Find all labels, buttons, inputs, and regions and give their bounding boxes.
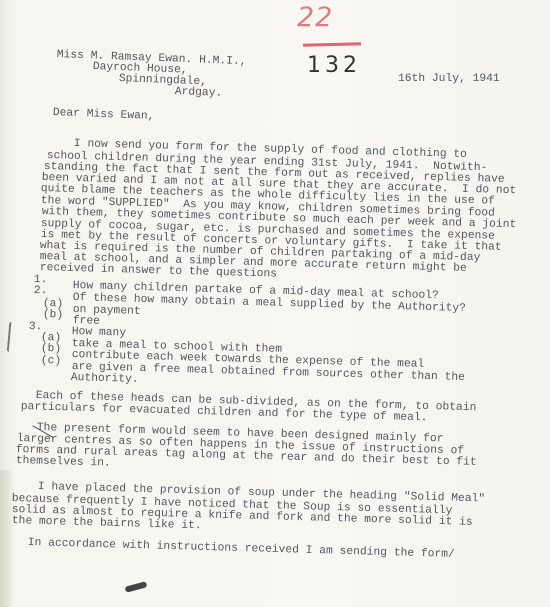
folio-divider-line: [303, 42, 361, 47]
folio-number-top: 22: [297, 2, 333, 33]
ink-smudge: [125, 581, 148, 592]
page-edge-stain: [0, 470, 14, 607]
letter-date: 16th July, 1941: [398, 73, 500, 85]
question-number: 2.: [34, 285, 48, 297]
margin-pencil-mark: [7, 322, 15, 352]
question-text: Authority.: [71, 372, 139, 386]
para3-line: themselves in.: [16, 455, 111, 470]
question-sub-label: (c): [41, 355, 62, 368]
question-sub-label: (b): [43, 309, 64, 322]
folio-number-bottom: 132: [307, 53, 361, 78]
salutation: Dear Miss Ewan,: [53, 107, 155, 123]
para5-line: In accordance with instructions received…: [28, 537, 455, 561]
recipient-line-town: Ardgay.: [175, 86, 223, 100]
question-sub-label: (b): [41, 343, 62, 356]
letter-page: 22 132 16th July, 1941 Miss M. Ramsay Ew…: [0, 0, 550, 607]
